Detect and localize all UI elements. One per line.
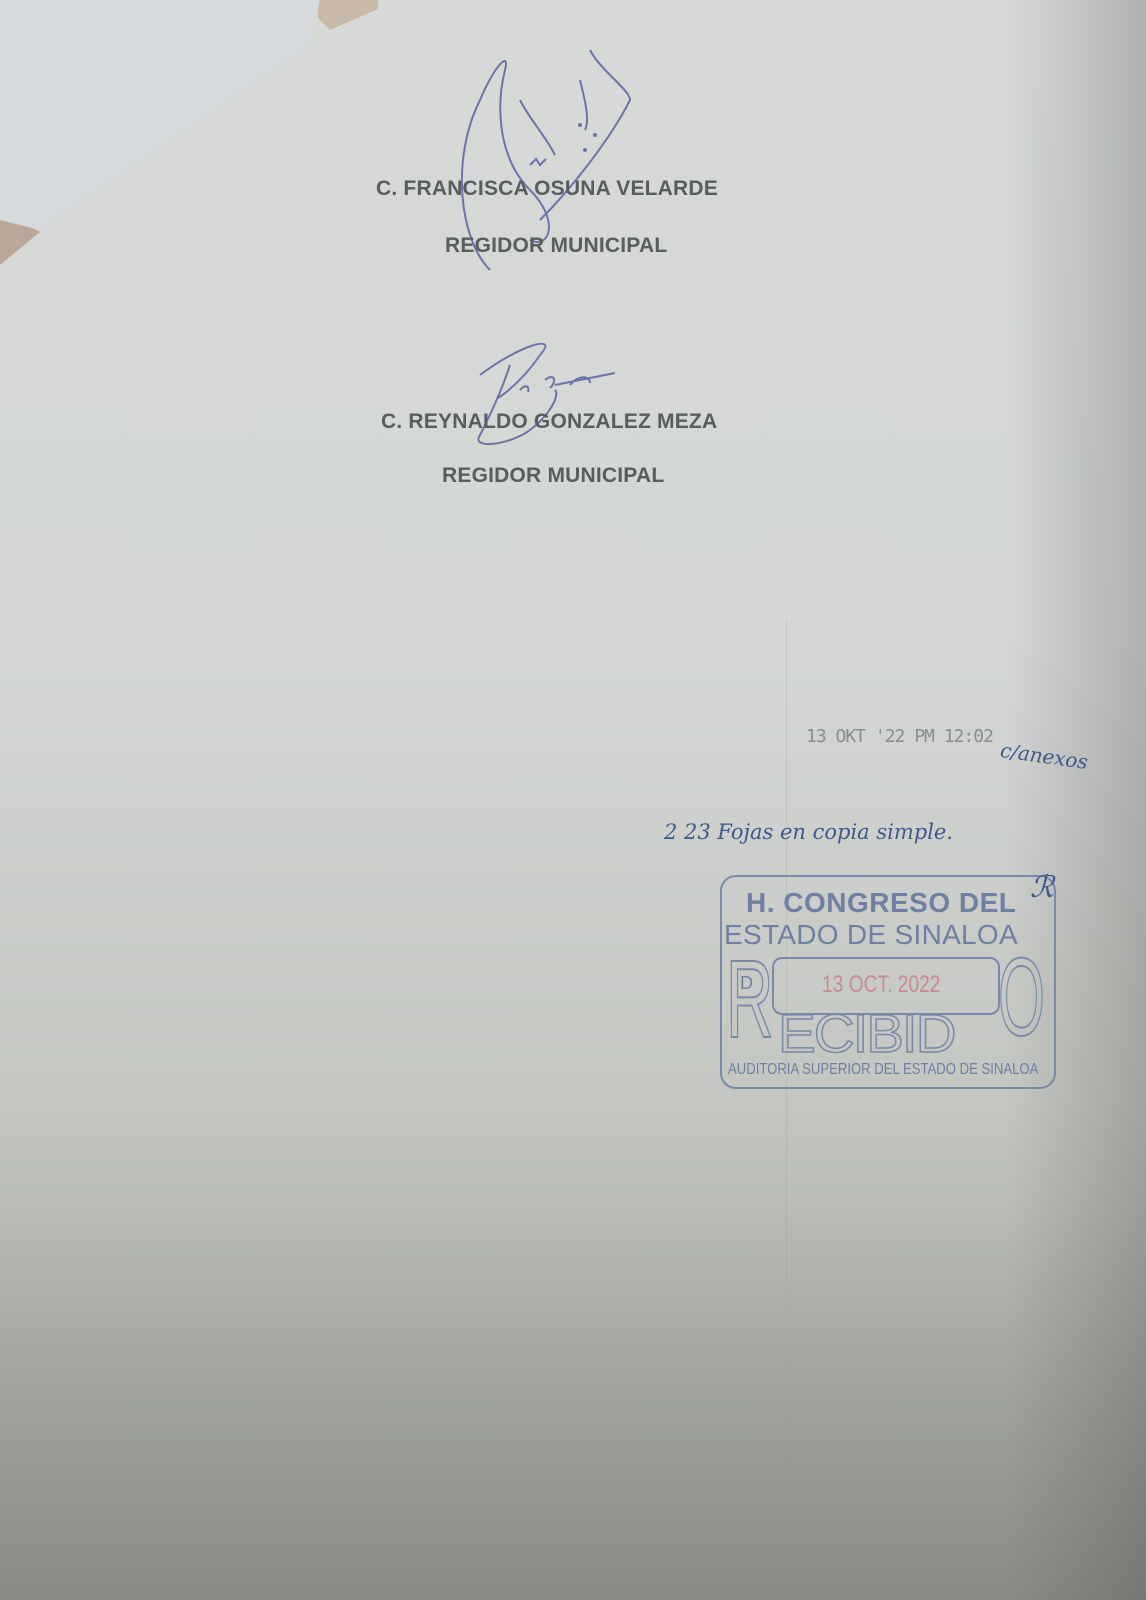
signature-reynaldo-gonzalez (460, 335, 660, 455)
page-shadow-bottom (0, 1100, 1146, 1600)
stamp-date: 13 OCT. 2022 (822, 971, 940, 999)
handwritten-pages-note: 2 23 Fojas en copia simple. (664, 820, 953, 844)
reception-stamp: H. CONGRESO DEL ESTADO DE SINALOA R D 13… (720, 875, 1056, 1089)
handwritten-initial: ℛ (1030, 870, 1054, 905)
stamp-recibido-word: ECIBID (778, 1007, 954, 1061)
folded-page-corner (0, 0, 360, 230)
background-surface (318, 0, 378, 30)
signatory-role: REGIDOR MUNICIPAL (442, 464, 664, 488)
signatory-name: C. FRANCISCA OSUNA VELARDE (376, 177, 718, 201)
stamp-footer: AUDITORIA SUPERIOR DEL ESTADO DE SINALOA (728, 1061, 1038, 1079)
stamp-line-congress: H. CONGRESO DEL (746, 887, 1016, 919)
stamp-recibido-r: R (726, 945, 774, 1055)
stamp-letter-d: D (740, 973, 753, 994)
reception-time-stamp: 13 OKT '22 PM 12:02 (806, 726, 993, 747)
stamp-recibido-o: O (998, 943, 1045, 1053)
signatory-name: C. REYNALDO GONZALEZ MEZA (381, 410, 717, 434)
signatory-role: REGIDOR MUNICIPAL (445, 234, 667, 258)
